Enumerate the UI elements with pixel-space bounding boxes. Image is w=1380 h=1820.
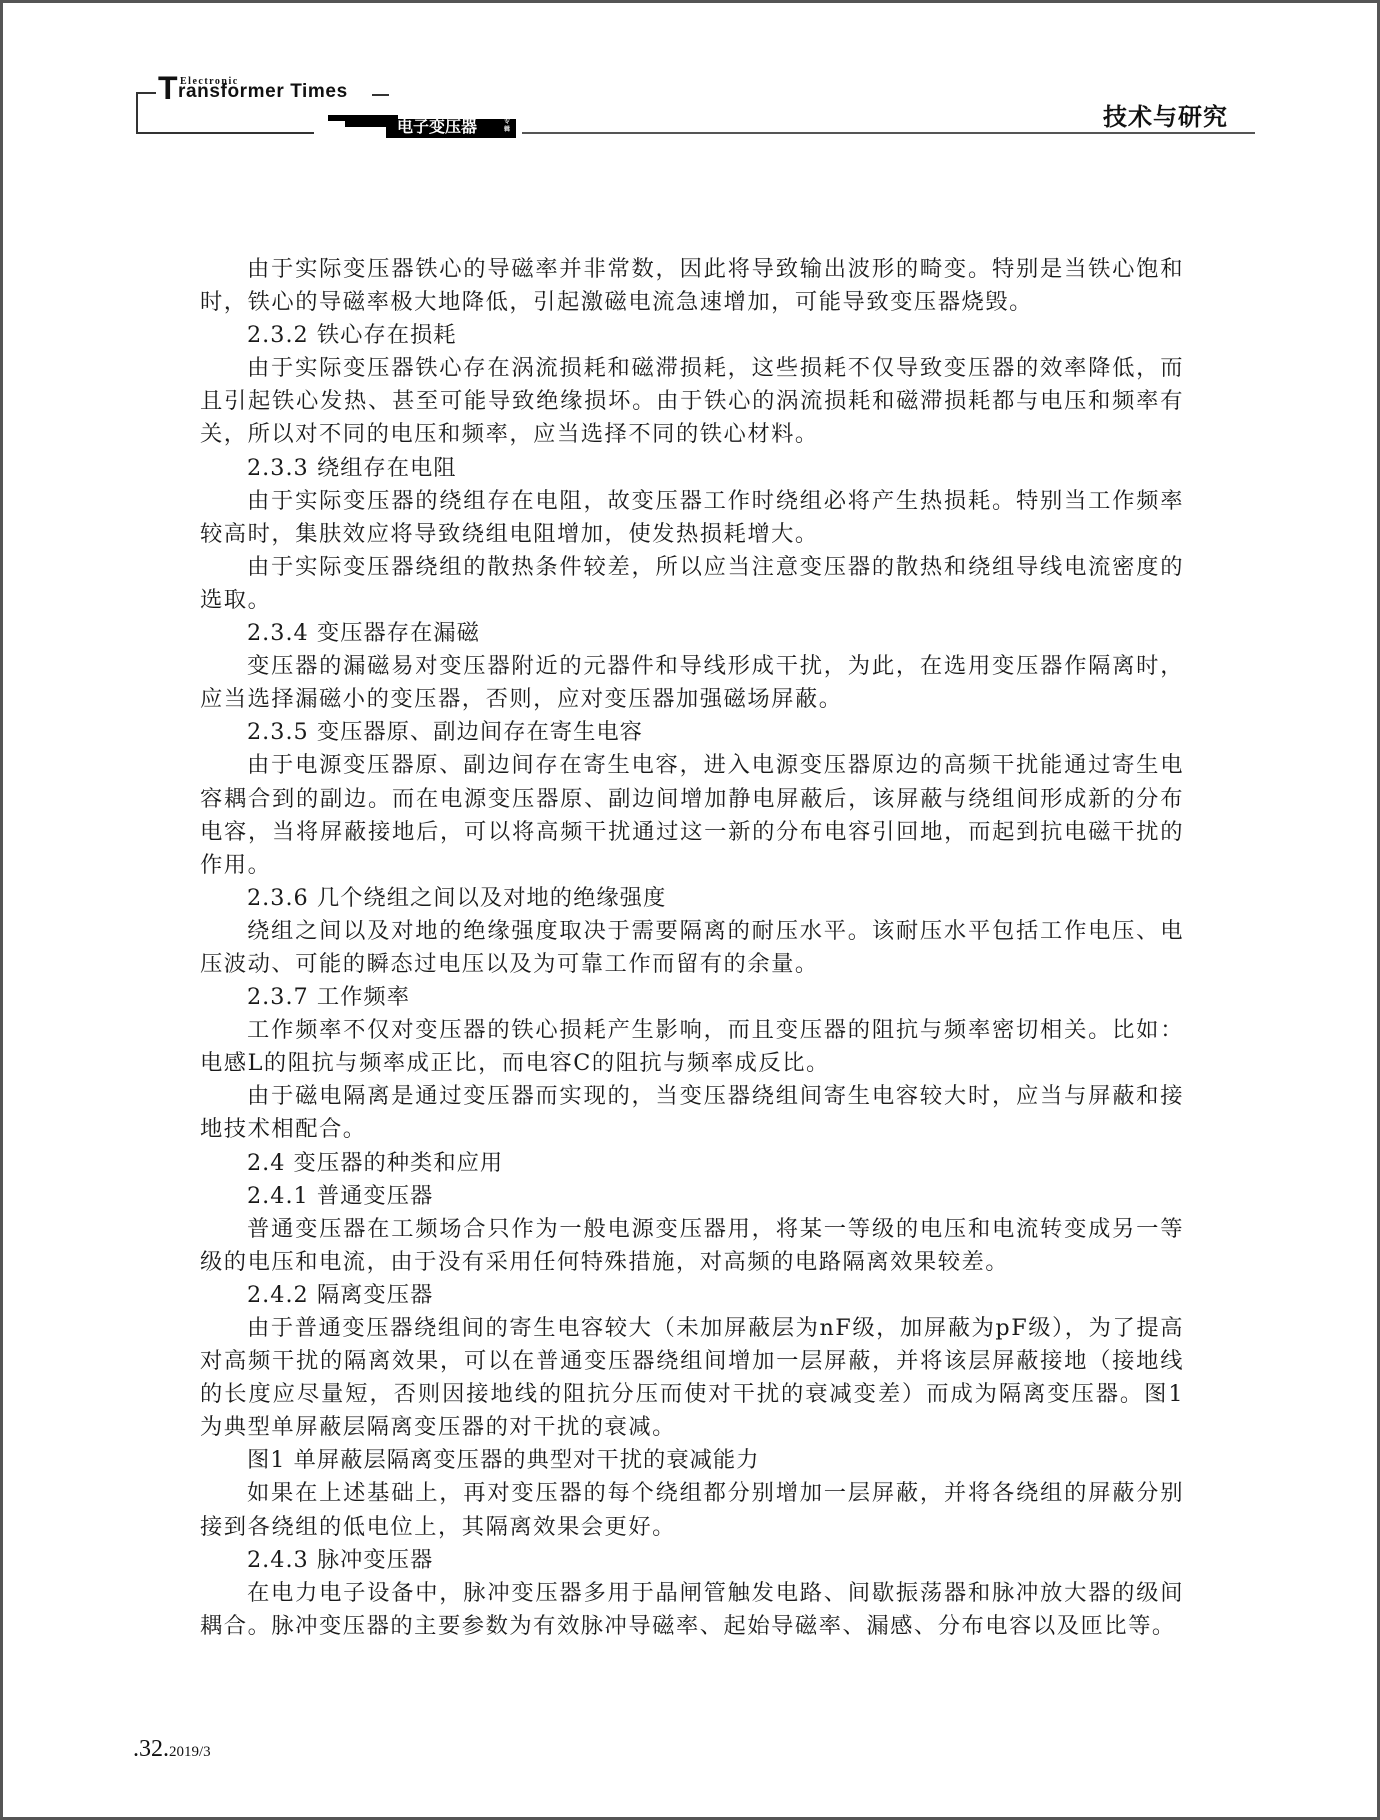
header-bracket-bottom-line [136, 132, 314, 134]
journal-logo-initial: T [158, 72, 178, 104]
issue-date: 2019/3 [169, 1744, 211, 1760]
paragraph: 绕组之间以及对地的绝缘强度取决于需要隔离的耐压水平。该耐压水平包括工作电压、电压… [200, 915, 1184, 981]
section-heading: 2.3.7 工作频率 [200, 981, 1184, 1014]
section-heading: 2.4 变压器的种类和应用 [200, 1147, 1184, 1180]
section-heading: 2.3.3 绕组存在电阻 [200, 452, 1184, 485]
page-number: .32. [133, 1736, 169, 1762]
header-bracket-line [136, 92, 138, 134]
section-heading: 2.3.5 变压器原、副边间存在寄生电容 [200, 716, 1184, 749]
section-heading: 2.3.4 变压器存在漏磁 [200, 617, 1184, 650]
paragraph: 普通变压器在工频场合只作为一般电源变压器用，将某一等级的电压和电流转变成另一等级… [200, 1213, 1184, 1279]
paragraph: 由于实际变压器的绕组存在电阻，故变压器工作时绕组必将产生热损耗。特别当工作频率较… [200, 485, 1184, 551]
paragraph: 由于普通变压器绕组间的寄生电容较大（未加屏蔽层为nF级，加屏蔽为pF级），为了提… [200, 1312, 1184, 1444]
magazine-badge: 专辑 [503, 118, 511, 134]
section-label: 技术与研究 [1103, 104, 1228, 130]
paragraph: 工作频率不仅对变压器的铁心损耗产生影响，而且变压器的阻抗与频率密切相关。比如：电… [200, 1014, 1184, 1080]
running-header: T Electronic ransformer Times 电子变压器 专辑 技… [0, 0, 1380, 160]
paragraph: 由于磁电隔离是通过变压器而实现的，当变压器绕组间寄生电容较大时，应当与屏蔽和接地… [200, 1080, 1184, 1146]
paragraph: 变压器的漏磁易对变压器附近的元器件和导线形成干扰，为此，在选用变压器作隔离时，应… [200, 650, 1184, 716]
magazine-name: 电子变压器 [397, 117, 477, 137]
header-rule [522, 132, 1255, 134]
journal-logo-title: ransformer Times [178, 81, 348, 103]
paragraph: 由于实际变压器绕组的散热条件较差，所以应当注意变压器的散热和绕组导线电流密度的选… [200, 551, 1184, 617]
logo-dash-line [372, 94, 389, 96]
paragraph: 由于实际变压器铁心存在涡流损耗和磁滞损耗，这些损耗不仅导致变压器的效率降低，而且… [200, 352, 1184, 451]
section-heading: 2.4.2 隔离变压器 [200, 1279, 1184, 1312]
page-footer: .32.2019/3 [133, 1736, 211, 1763]
section-heading: 2.3.2 铁心存在损耗 [200, 319, 1184, 352]
paragraph: 由于实际变压器铁心的导磁率并非常数，因此将导致输出波形的畸变。特别是当铁心饱和时… [200, 253, 1184, 319]
header-bracket-top-line [136, 92, 156, 94]
section-heading: 2.4.3 脉冲变压器 [200, 1544, 1184, 1577]
section-heading: 2.3.6 几个绕组之间以及对地的绝缘强度 [200, 882, 1184, 915]
paragraph: 在电力电子设备中，脉冲变压器多用于晶闸管触发电路、间歇振荡器和脉冲放大器的级间耦… [200, 1577, 1184, 1643]
paragraph: 由于电源变压器原、副边间存在寄生电容，进入电源变压器原边的高频干扰能通过寄生电容… [200, 749, 1184, 881]
article-body: 由于实际变压器铁心的导磁率并非常数，因此将导致输出波形的畸变。特别是当铁心饱和时… [200, 253, 1184, 1643]
paragraph: 如果在上述基础上，再对变压器的每个绕组都分别增加一层屏蔽，并将各绕组的屏蔽分别接… [200, 1477, 1184, 1543]
section-heading: 2.4.1 普通变压器 [200, 1180, 1184, 1213]
section-heading: 图1 单屏蔽层隔离变压器的典型对干扰的衰减能力 [200, 1444, 1184, 1477]
